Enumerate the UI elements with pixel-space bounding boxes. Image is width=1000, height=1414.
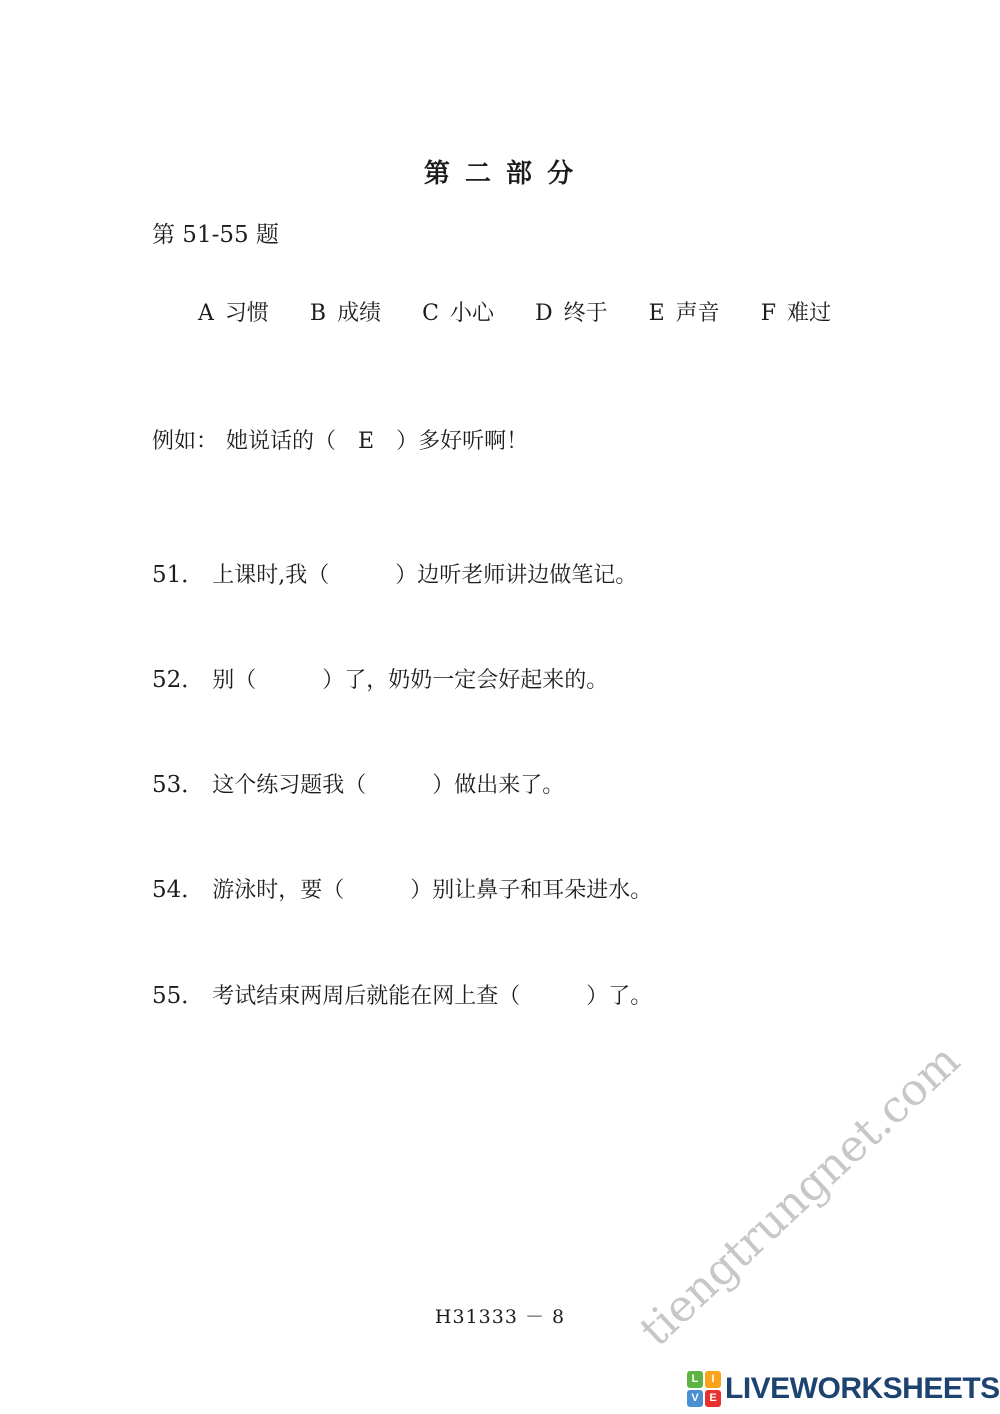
option-b: B成绩 — [310, 296, 381, 327]
option-e-word: 声音 — [676, 301, 720, 326]
question-55-number: 55． — [152, 977, 204, 1010]
liveworksheets-logo-icon: L I V E — [687, 1371, 721, 1407]
option-e: E声音 — [649, 296, 720, 327]
option-a-word: 习惯 — [225, 301, 269, 326]
logo-tile-l: L — [687, 1371, 703, 1388]
option-e-letter: E — [649, 301, 665, 326]
option-a-letter: A — [198, 301, 214, 326]
question-54-text: 游泳时，要（ ）别让鼻子和耳朵进水。 — [212, 878, 652, 903]
page-footer: H31333 － 8 — [0, 1302, 1000, 1329]
question-53[interactable]: 53．这个练习题我（ ）做出来了。 — [152, 766, 564, 799]
logo-tile-v: V — [687, 1390, 703, 1407]
option-c: C小心 — [422, 296, 494, 327]
question-51-text: 上课时,我（ ）边听老师讲边做笔记。 — [212, 563, 637, 588]
question-54-number: 54． — [152, 871, 204, 904]
logo-tile-e: E — [705, 1390, 721, 1407]
question-54[interactable]: 54．游泳时，要（ ）别让鼻子和耳朵进水。 — [152, 871, 652, 904]
example-label: 例如： — [152, 429, 218, 454]
example-row: 例如：她说话的（ E ）多好听啊！ — [152, 424, 528, 455]
option-a: A习惯 — [198, 296, 269, 327]
option-c-word: 小心 — [450, 301, 494, 326]
option-f-word: 难过 — [787, 301, 831, 326]
option-d: D终于 — [535, 296, 608, 327]
example-sentence: 她说话的（ E ）多好听啊！ — [226, 429, 528, 454]
question-53-text: 这个练习题我（ ）做出来了。 — [212, 773, 564, 798]
page-title: 第 二 部 分 — [0, 153, 1000, 190]
liveworksheets-logo[interactable]: L I V E LIVEWORKSHEETS — [687, 1371, 1000, 1407]
option-f-letter: F — [761, 301, 776, 326]
question-53-number: 53． — [152, 766, 204, 799]
word-bank: A习惯 B成绩 C小心 D终于 E声音 F难过 — [198, 296, 831, 327]
question-55-text: 考试结束两周后就能在网上查（ ）了。 — [212, 984, 652, 1009]
section-heading: 第 51-55 题 — [152, 216, 279, 249]
option-c-letter: C — [422, 301, 439, 326]
question-51-number: 51． — [152, 556, 204, 589]
option-b-word: 成绩 — [337, 301, 381, 326]
logo-tile-i: I — [705, 1371, 721, 1388]
question-55[interactable]: 55．考试结束两周后就能在网上查（ ）了。 — [152, 977, 652, 1010]
question-51[interactable]: 51．上课时,我（ ）边听老师讲边做笔记。 — [152, 556, 637, 589]
question-52[interactable]: 52．别（ ）了，奶奶一定会好起来的。 — [152, 661, 608, 694]
liveworksheets-logo-text: LIVEWORKSHEETS — [725, 1372, 1000, 1406]
option-f: F难过 — [761, 296, 831, 327]
question-52-text: 别（ ）了，奶奶一定会好起来的。 — [212, 668, 608, 693]
option-d-letter: D — [535, 301, 553, 326]
option-b-letter: B — [310, 301, 326, 326]
question-52-number: 52． — [152, 661, 204, 694]
worksheet-page: 第 二 部 分 第 51-55 题 A习惯 B成绩 C小心 D终于 E声音 F难… — [0, 0, 1000, 1414]
option-d-word: 终于 — [564, 301, 608, 326]
